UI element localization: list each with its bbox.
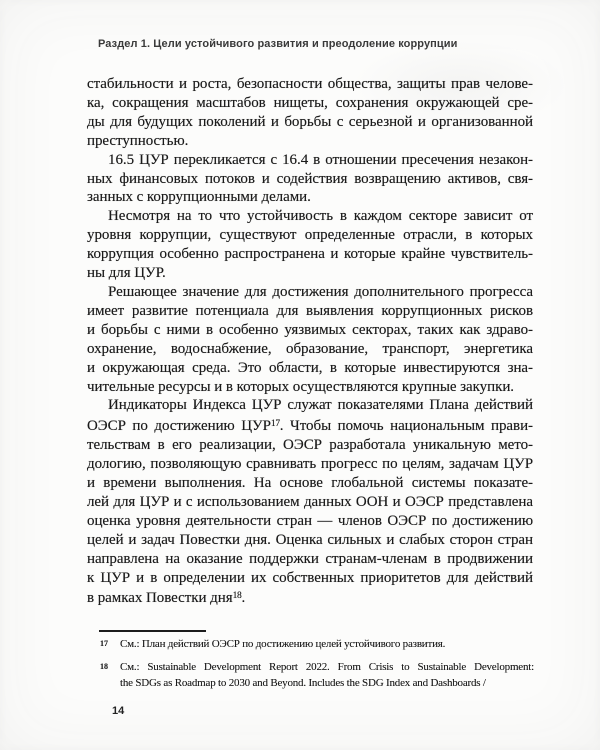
text-line: стабильности и роста, безопасности общес… [87,75,533,94]
text-line: имеет развитие потенциала для выявления … [87,302,533,321]
body-text: стабильности и роста, безопасности общес… [87,75,533,608]
footnote-line: the SDGs as Roadmap to 2030 and Beyond. … [120,676,534,692]
text-line: лей для ЦУР и с использованием данных ОО… [87,493,533,512]
text-line: ных финансовых потоков и содействия возв… [87,170,533,189]
footnote-separator [99,630,206,632]
paragraph: Несмотря на то что устойчивость в каждом… [87,207,533,283]
text-line: ОЭСР по достижению ЦУР17. Чтобы помочь н… [87,415,533,436]
text-line: ка, сокращения масштабов нищеты, сохране… [87,94,533,113]
footnote: 17См.: План действий ОЭСР по достижению … [100,637,534,653]
text-line: к ЦУР и в определении их собственных при… [87,569,533,588]
running-header: Раздел 1. Цели устойчивого развития и пр… [98,38,458,50]
scanned-book-page: Раздел 1. Цели устойчивого развития и пр… [0,0,600,750]
footnotes: 17См.: План действий ОЭСР по достижению … [100,637,534,691]
footnote: 18См.: Sustainable Development Report 20… [100,660,534,691]
footnote-line: См.: Sustainable Development Report 2022… [120,660,534,676]
text-line: и борьбы с ними в особенно уязвимых сект… [87,321,533,340]
text-line: тельствам в его реализации, ОЭСР разрабо… [87,436,533,455]
footnote-ref: 18 [233,591,242,601]
footnote-marker: 18 [100,659,108,675]
text-line: дологию, позволяющую сравнивать прогресс… [87,455,533,474]
text-line: охранение, водоснабжение, образование, т… [87,340,533,359]
text-line: направлена на оказание поддержки странам… [87,550,533,569]
paragraph: Индикаторы Индекса ЦУР служат показателя… [87,396,533,608]
text-line: ны для ЦУР. [87,264,533,283]
text-line: в рамках Повестки дня18. [87,587,533,608]
paragraph: стабильности и роста, безопасности общес… [87,75,533,151]
footnote-marker: 17 [100,636,108,652]
paragraph: 16.5 ЦУР перекликается с 16.4 в отношени… [87,151,533,208]
page-number: 14 [112,705,124,717]
text-line: оценка уровня деятельности стран — члено… [87,512,533,531]
text-line: уровня коррупции, существуют определенны… [87,226,533,245]
text-line: Решающее значение для достижения дополни… [87,283,533,302]
text-line: целей и задач Повестки дня. Оценка сильн… [87,531,533,550]
text-line: чительные ресурсы и в которых осуществля… [87,378,533,397]
text-line: и окружающая среда. Это области, в котор… [87,359,533,378]
text-line: и времени выполнения. На основе глобальн… [87,474,533,493]
text-line: ды для будущих поколений и борьбы с серь… [87,113,533,132]
footnote-ref: 17 [271,419,280,429]
paragraph: Решающее значение для достижения дополни… [87,283,533,396]
text-line: Индикаторы Индекса ЦУР служат показателя… [87,396,533,415]
text-line: занных с коррупционными делами. [87,188,533,207]
text-line: коррупция особенно распространена и кото… [87,245,533,264]
text-line: преступностью. [87,132,533,151]
footnote-line: См.: План действий ОЭСР по достижению це… [120,637,534,653]
text-line: 16.5 ЦУР перекликается с 16.4 в отношени… [87,151,533,170]
text-line: Несмотря на то что устойчивость в каждом… [87,207,533,226]
